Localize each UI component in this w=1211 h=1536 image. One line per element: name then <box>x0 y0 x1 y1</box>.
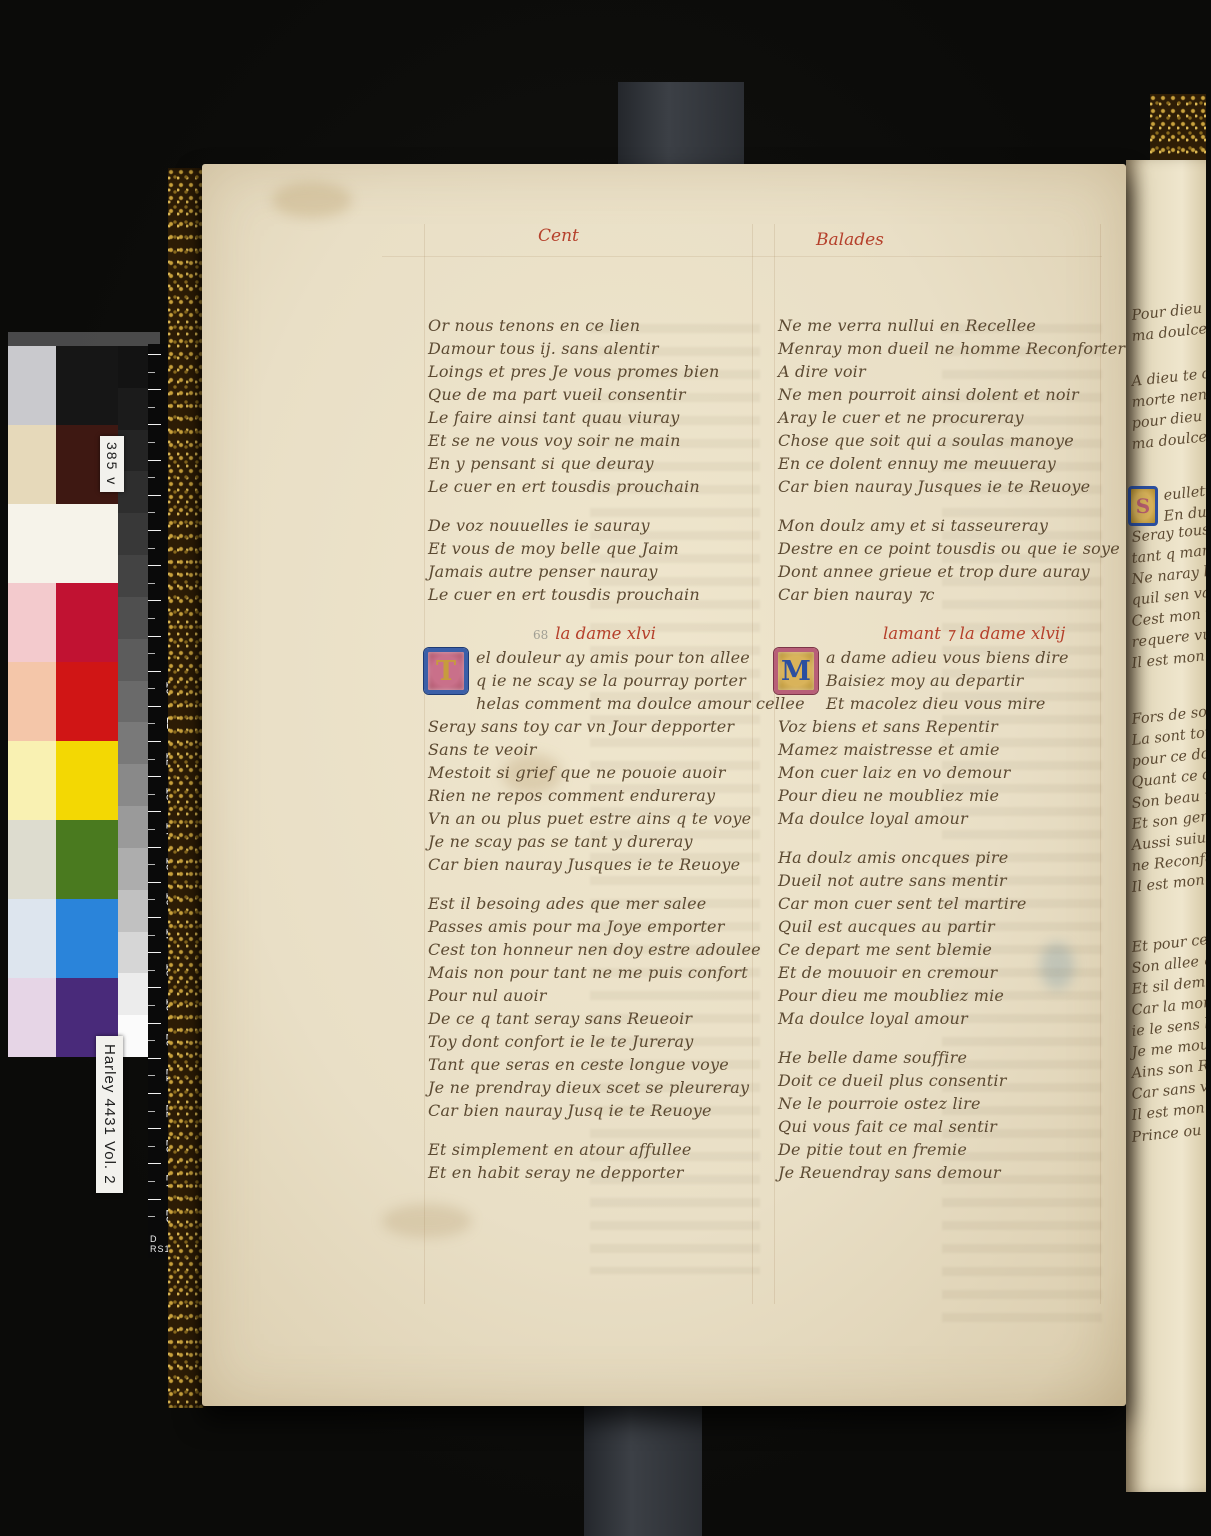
ruling-line <box>774 224 775 1304</box>
ruling-line <box>424 224 425 1304</box>
running-header-right: Balades <box>816 230 884 250</box>
verse-line: Car bien nauray Jusq ie te Reuoye <box>428 1099 763 1122</box>
verse-line: Damour tous ij. sans alentir <box>428 337 763 360</box>
color-patch-row <box>8 899 118 978</box>
verse-line: Car mon cuer sent tel martire <box>778 892 1113 915</box>
verse-line: Est il besoing ades que mer salee <box>428 892 763 915</box>
verse-line: Mon cuer laiz en vo demour <box>778 761 1113 784</box>
illuminated-initial: M <box>774 648 818 694</box>
verse-line: Rien ne repos comment endureray <box>428 784 763 807</box>
stanza: Ma dame adieu vous biens direBaisiez moy… <box>778 646 1113 830</box>
grayscale-step <box>118 890 148 932</box>
ruling-line <box>382 256 1102 257</box>
verse-line: Doit ce dueil plus consentir <box>778 1069 1113 1092</box>
color-patch-light <box>8 425 56 504</box>
illuminated-initial-edge: S <box>1128 486 1158 526</box>
edge-text-group: A dieu te dy smorte nen serpour dieu nem… <box>1132 372 1206 456</box>
rubric-text: lamant ⁊ la dame xlvij <box>883 624 1065 643</box>
verse-line: En ce dolent ennuy me meuueray <box>778 452 1113 475</box>
verse-line: Cest ton honneur nen doy estre adoulee <box>428 938 763 961</box>
verse-line: Ne me verra nullui en Recellee <box>778 314 1113 337</box>
verse-line: Le faire ainsi tant quau viuray <box>428 406 763 429</box>
stanza: Tel douleur ay amis pour ton alleeq ie n… <box>428 646 763 876</box>
verse-line: Ma doulce loyal amour <box>778 807 1113 830</box>
verse-line: Quil est aucques au partir <box>778 915 1113 938</box>
color-patch-dark <box>56 504 118 583</box>
verse-line: Car bien nauray ⁊c <box>778 583 1113 606</box>
color-patch-light <box>8 820 56 899</box>
edge-text-group: Fors de son faLa sont tous lepour ce doi… <box>1132 710 1206 899</box>
book-strap-top <box>618 82 744 168</box>
stanza: Est il besoing ades que mer saleePasses … <box>428 892 763 1122</box>
verse-line: De voz nouuelles ie sauray <box>428 514 763 537</box>
verse-line: Et vous de moy belle que Jaim <box>428 537 763 560</box>
verse-line: Et se ne vous voy soir ne main <box>428 429 763 452</box>
stanza: He belle dame souffireDoit ce dueil plus… <box>778 1046 1113 1184</box>
verse-line: Passes amis pour ma Joye emporter <box>428 915 763 938</box>
verse-line: Et en habit seray ne depporter <box>428 1161 763 1184</box>
rubric-line: 68la dame xlvi <box>428 622 763 645</box>
verse-line: Chose que soit qui a soulas manoye <box>778 429 1113 452</box>
stanza: Ne me verra nullui en RecelleeMenray mon… <box>778 314 1113 498</box>
verse-line: Menray mon dueil ne homme Reconforter <box>778 337 1113 360</box>
rubric-text: la dame xlvi <box>555 624 656 643</box>
color-patch-light <box>8 346 56 425</box>
grayscale-step <box>118 346 148 388</box>
verse-line: Loings et pres Je vous promes bien <box>428 360 763 383</box>
verse-line: Ha doulz amis oncques pire <box>778 846 1113 869</box>
color-patch-row <box>8 662 118 741</box>
verse-line: Pour dieu me moubliez mie <box>778 984 1113 1007</box>
grayscale-step <box>118 681 148 723</box>
stanza: Mon doulz amy et si tasseurerayDestre en… <box>778 514 1113 606</box>
verse-line: Ne le pourroie ostez lire <box>778 1092 1113 1115</box>
color-patch-light <box>8 899 56 978</box>
verse-line: Or nous tenons en ce lien <box>428 314 763 337</box>
grayscale-step <box>118 639 148 681</box>
stanza: De voz nouuelles ie saurayEt vous de moy… <box>428 514 763 606</box>
color-patch-dark <box>56 346 118 425</box>
verse-line: Je ne prendray dieux scet se pleureray <box>428 1076 763 1099</box>
verse-line: Mais non pour tant ne me puis confort <box>428 961 763 984</box>
grayscale-step <box>118 555 148 597</box>
grayscale-step <box>118 597 148 639</box>
verse-line: Le cuer en ert tousdis prouchain <box>428 475 763 498</box>
grayscale-step <box>118 806 148 848</box>
pencil-annotation: 68 <box>533 628 548 642</box>
verse-line: Ce depart me sent blemie <box>778 938 1113 961</box>
next-folio-edge: Pour dieu nema doulce loyA dieu te dy sm… <box>1126 160 1206 1492</box>
text-column-right: Ne me verra nullui en RecelleeMenray mon… <box>778 314 1113 1200</box>
color-patch-light <box>8 741 56 820</box>
edge-text-group: Seullette aEn dureSeray tousioutant q ma… <box>1132 486 1206 675</box>
grayscale-step <box>118 388 148 430</box>
grayscale-step <box>118 973 148 1015</box>
stanza: Or nous tenons en ce lienDamour tous ij.… <box>428 314 763 498</box>
verse-line: Seray sans toy car vn Jour depporter <box>428 715 763 738</box>
color-patch-light <box>8 504 56 583</box>
verse-line: Ma doulce loyal amour <box>778 1007 1113 1030</box>
verse-line: De pitie tout en fremie <box>778 1138 1113 1161</box>
running-header-left: Cent <box>538 226 579 246</box>
verse-line: Jamais autre penser nauray <box>428 560 763 583</box>
verse-line: Et de mouuoir en cremour <box>778 961 1113 984</box>
verse-line: Je ne scay pas se tant y dureray <box>428 830 763 853</box>
verse-line: Car bien nauray Jusques ie te Reuoye <box>428 853 763 876</box>
verse-line: el douleur ay amis pour ton allee <box>428 646 763 669</box>
verse-line: Pour nul auoir <box>428 984 763 1007</box>
book-strap-bottom <box>584 1386 702 1536</box>
verse-line: Ne men pourroit ainsi dolent et noir <box>778 383 1113 406</box>
verse-line: Le cuer en ert tousdis prouchain <box>428 583 763 606</box>
verse-line: En y pensant si que deuray <box>428 452 763 475</box>
verse-line: Vn an ou plus puet estre ains q te voye <box>428 807 763 830</box>
edge-text-group: Et pour ce maSon allee quiEt sil demeurC… <box>1132 938 1206 1127</box>
shelfmark-label: Harley 4431 Vol. 2 <box>96 1036 123 1193</box>
verse-line: Voz biens et sans Repentir <box>778 715 1113 738</box>
verse-line: Car bien nauray Jusques ie te Reuoye <box>778 475 1113 498</box>
verse-line: Que de ma part vueil consentir <box>428 383 763 406</box>
color-patch-dark <box>56 899 118 978</box>
verse-line: Qui vous fait ce mal sentir <box>778 1115 1113 1138</box>
color-patch-row <box>8 741 118 820</box>
verse-line: Mamez maistresse et amie <box>778 738 1113 761</box>
verse-line: Mon doulz amy et si tasseureray <box>778 514 1113 537</box>
verse-line: q ie ne scay se la pourray porter <box>428 669 763 692</box>
color-patch-dark <box>56 820 118 899</box>
color-patch-light <box>8 583 56 662</box>
verse-line: helas comment ma doulce amour cellee <box>428 692 763 715</box>
verse-line: Pour dieu ne moubliez mie <box>778 784 1113 807</box>
grayscale-step <box>118 932 148 974</box>
verse-line: Mestoit si grief que ne pouoie auoir <box>428 761 763 784</box>
color-patch-light <box>8 662 56 741</box>
stain <box>272 182 352 218</box>
color-patch-dark <box>56 662 118 741</box>
edge-text-group: Pour dieu nema doulce loy <box>1132 306 1206 348</box>
stanza: Et simplement en atour affulleeEt en hab… <box>428 1138 763 1184</box>
verse-line: A dire voir <box>778 360 1113 383</box>
stain <box>382 1204 472 1238</box>
grayscale-step <box>118 722 148 764</box>
color-patch-row <box>8 820 118 899</box>
folio-number-label: 385 v <box>100 436 124 492</box>
color-patch-row <box>8 583 118 662</box>
color-patch-light <box>8 978 56 1057</box>
grayscale-step <box>118 513 148 555</box>
manuscript-photograph: 1234567891011121314151617181920212223242… <box>0 0 1211 1536</box>
verse-line: Dueil not autre sans mentir <box>778 869 1113 892</box>
grayscale-step <box>118 848 148 890</box>
verse-line: Et simplement en atour affullee <box>428 1138 763 1161</box>
verse-line: a dame adieu vous biens dire <box>778 646 1113 669</box>
grayscale-step <box>118 764 148 806</box>
verse-line: Baisiez moy au departir <box>778 669 1113 692</box>
gilded-fore-edge-left <box>168 168 206 1408</box>
color-patch-dark <box>56 741 118 820</box>
rubric-line: lamant ⁊ la dame xlvij <box>778 622 1113 645</box>
illuminated-initial: T <box>424 648 468 694</box>
verse-line: Tant que seras en ceste longue voye <box>428 1053 763 1076</box>
verse-line: Destre en ce point tousdis ou que ie soy… <box>778 537 1113 560</box>
verse-line: Dont annee grieue et trop dure auray <box>778 560 1113 583</box>
edge-text-group: Prince ou voi <box>1132 1128 1206 1149</box>
verse-line: Et macolez dieu vous mire <box>778 692 1113 715</box>
verse-line: Aray le cuer et ne procureray <box>778 406 1113 429</box>
text-column-left: Or nous tenons en ce lienDamour tous ij.… <box>428 314 763 1200</box>
stanza: Ha doulz amis oncques pireDueil not autr… <box>778 846 1113 1030</box>
verse-line: Toy dont confort ie le te Jureray <box>428 1030 763 1053</box>
manuscript-page: Cent Balades Or nous tenons en ce lienDa… <box>202 164 1126 1406</box>
color-patch-row <box>8 346 118 425</box>
color-patch-row <box>8 504 118 583</box>
verse-line: He belle dame souffire <box>778 1046 1113 1069</box>
color-patch-dark <box>56 583 118 662</box>
verse-line: Sans te veoir <box>428 738 763 761</box>
verse-line: Je Reuendray sans demour <box>778 1161 1113 1184</box>
verse-line: De ce q tant seray sans Reueoir <box>428 1007 763 1030</box>
